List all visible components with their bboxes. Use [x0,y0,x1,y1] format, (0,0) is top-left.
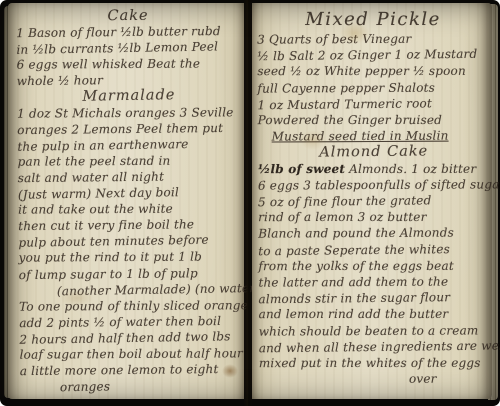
right-page: Mixed Pickle3 Quarts of best Vinegar½ lb… [252,3,492,399]
left-page: Cake1 Bason of flour ½lb butter rubdin ½… [8,3,244,399]
handwritten-line: Powdered the Ginger bruised [258,112,490,128]
recipe-heading: Almond Cake [258,143,490,162]
handwritten-line: and when all these ingredients are well [259,338,491,357]
handwritten-line: and lemon rind add the butter [259,306,491,322]
left-page-text: Cake1 Bason of flour ½lb butter rubdin ½… [6,2,246,400]
handwritten-line: 5 oz of fine flour the grated [258,192,490,211]
handwritten-line: from the yolks of the eggs beat [258,258,490,274]
handwritten-line: which should be beaten to a cream [259,322,491,339]
handwritten-line: To one pound of thinly sliced orange [19,297,243,314]
handwritten-line: 6 eggs 3 tablespoonfulls of sifted sugar [258,176,490,193]
recipe-heading: Mixed Pickle [257,8,489,31]
handwritten-line: pan let the peel stand in [18,152,242,169]
handwritten-line: 1 oz Mustard Turmeric root [257,94,489,113]
handwritten-line: full Cayenne pepper Shalots [257,79,489,96]
recipe-heading: Marmalade [17,87,241,107]
handwritten-line: mixed put in the whites of the eggs [259,355,491,371]
right-page-text: Mixed Pickle3 Quarts of best Vinegar½ lb… [251,2,493,399]
handwritten-line: ½lb of sweet Almonds. 1 oz bitter [258,161,490,177]
handwritten-line: Blanch and pound the Almonds [258,225,490,242]
recipe-heading: Cake [16,7,240,24]
handwritten-line: oranges [60,376,244,395]
handwritten-line: rind of a lemon 3 oz butter [258,209,490,225]
handwritten-line: you put the rind to it put 1 lb [19,249,243,266]
handwritten-emphasis: ½lb of sweet [258,162,345,176]
handwritten-line: to a paste Seperate the whites [258,240,490,259]
handwritten-line: (another Marmalade) (no water) [57,280,243,299]
handwritten-line: seed ½ oz White pepper ½ spoon [257,63,489,79]
handwritten-line: 1 doz St Michals oranges 3 Seville [17,104,241,121]
handwritten-line: 6 eggs well whisked Beat the [17,56,241,73]
handwritten-line: over [409,371,491,388]
notebook-photo: Cake1 Bason of flour ½lb butter rubdin ½… [0,0,500,406]
handwritten-line: loaf sugar then boil about half hour [20,345,244,362]
handwritten-line: ½ lb Salt 2 oz Ginger 1 oz Mustard [257,46,489,65]
handwritten-line: it and take out the white [18,200,242,217]
